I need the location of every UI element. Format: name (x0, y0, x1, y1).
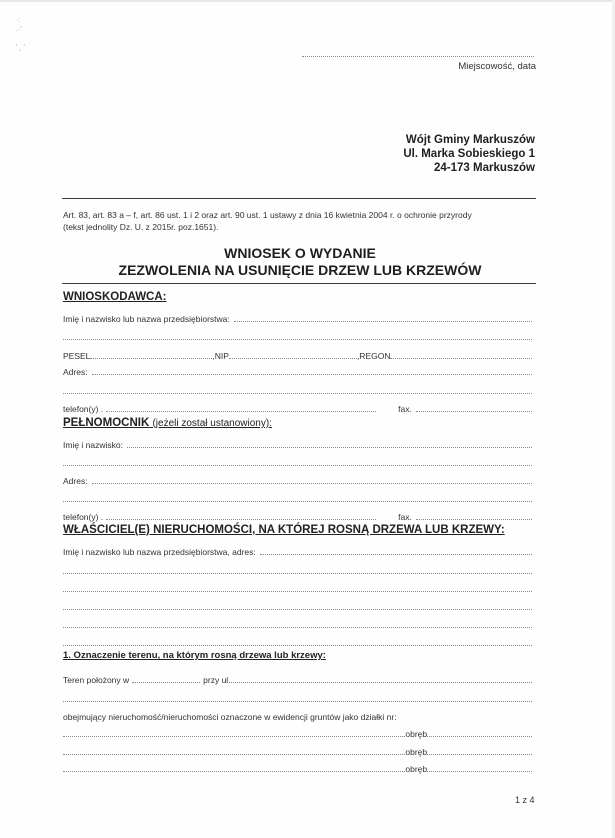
addressee-line-1: Wójt Gminy Markuszów (403, 133, 535, 147)
precinct-field[interactable] (427, 754, 532, 755)
owners-field-6[interactable] (63, 645, 532, 646)
applicant-phone-row: telefon(y) . fax. (63, 402, 532, 414)
applicant-name-row-2 (63, 330, 532, 342)
precinct-label: .obręb (403, 764, 427, 774)
proxy-heading: PEŁNOMOCNIK (jeżeli został ustanowiony): (63, 417, 272, 429)
owners-row-6 (63, 636, 532, 648)
applicant-address-field[interactable] (92, 374, 532, 375)
owners-row-3 (63, 582, 532, 594)
addressee-line-3: 24-173 Markuszów (403, 161, 535, 175)
proxy-address-field[interactable] (92, 483, 532, 484)
proxy-phone-field[interactable] (106, 519, 376, 520)
applicant-fax-label: fax. (398, 404, 412, 414)
owners-heading: WŁAŚCICIEL(E) NIERUCHOMOŚCI, NA KTÓREJ R… (63, 524, 505, 536)
applicant-name-label: Imię i nazwisko lub nazwa przedsiębiorst… (63, 314, 230, 324)
owners-field-3[interactable] (63, 591, 532, 592)
pesel-label: PESEL (63, 351, 90, 361)
regon-field[interactable] (390, 358, 532, 359)
applicant-address-field-2[interactable] (63, 393, 532, 394)
form-title-line-1: WNIOSEK O WYDANIE (62, 245, 538, 262)
regon-label: ,REGON (357, 351, 391, 361)
site-location-field[interactable] (132, 682, 200, 683)
legal-basis: Art. 83, art. 83 a – f, art. 86 ust. 1 i… (63, 209, 539, 233)
proxy-address-row-2 (63, 492, 532, 504)
date-field[interactable] (302, 56, 534, 57)
form-title-line-2: ZEZWOLENIA NA USUNIĘCIE DRZEW LUB KRZEWÓ… (62, 262, 538, 279)
proxy-phone-label: telefon(y) . (63, 512, 103, 522)
proxy-fax-field[interactable] (416, 519, 532, 520)
applicant-name-field-2[interactable] (63, 339, 532, 340)
proxy-name-label: Imię i nazwisko: (63, 440, 123, 450)
date-caption: Miejscowość, data (458, 61, 536, 72)
addressee-block: Wójt Gminy Markuszów Ul. Marka Sobieskie… (403, 133, 535, 175)
proxy-heading-note: (jeżeli został ustanowiony): (152, 418, 272, 429)
owners-row-4 (63, 600, 532, 612)
applicant-heading: WNIOSKODAWCA: (63, 291, 167, 303)
proxy-fax-label: fax. (398, 512, 412, 522)
parcel-number-field[interactable] (63, 736, 403, 737)
parcel-number-field[interactable] (63, 771, 403, 772)
precinct-field[interactable] (427, 736, 532, 737)
scan-top-edge (0, 0, 615, 2)
applicant-name-field[interactable] (234, 321, 532, 322)
legal-basis-line-1: Art. 83, art. 83 a – f, art. 86 ust. 1 i… (63, 209, 539, 221)
pesel-field[interactable] (90, 358, 212, 359)
form-title: WNIOSEK O WYDANIE ZEZWOLENIA NA USUNIĘCI… (62, 245, 538, 279)
proxy-name-row: Imię i nazwisko: (63, 438, 532, 450)
precinct-label: .obręb (403, 729, 427, 739)
parcel-row: .obręb (63, 727, 532, 739)
nip-field[interactable] (229, 358, 357, 359)
proxy-name-field[interactable] (127, 447, 532, 448)
applicant-fax-field[interactable] (416, 411, 532, 412)
site-location-row: Teren położony w przy ul. (63, 673, 532, 685)
owners-row-5 (63, 618, 532, 630)
site-location-field-2[interactable] (63, 701, 532, 702)
parcel-row: .obręb (63, 745, 532, 757)
applicant-phone-label: telefon(y) . (63, 404, 103, 414)
parcel-number-field[interactable] (63, 754, 403, 755)
proxy-heading-title: PEŁNOMOCNIK (63, 417, 149, 429)
site-street-label: przy ul. (203, 675, 230, 685)
owners-field-2[interactable] (63, 573, 532, 574)
proxy-name-row-2 (63, 456, 532, 468)
applicant-phone-field[interactable] (106, 411, 376, 412)
precinct-label: .obręb (403, 747, 427, 757)
site-location-label: Teren położony w (63, 675, 129, 685)
addressee-line-2: Ul. Marka Sobieskiego 1 (403, 147, 535, 161)
owners-row-2 (63, 564, 532, 576)
nip-label: ,NIP (212, 351, 229, 361)
owners-name-label: Imię i nazwisko lub nazwa przedsiębiorst… (63, 547, 256, 557)
scan-specks: ·:.·'' ¸ ' (16, 16, 46, 66)
form-page: ·:.·'' ¸ ' Miejscowość, data Wójt Gminy … (0, 0, 615, 838)
site-street-field[interactable] (231, 682, 532, 683)
proxy-address-field-2[interactable] (63, 501, 532, 502)
applicant-address-row: Adres: (63, 365, 532, 377)
site-parcels-row: obejmujący nieruchomość/nieruchomości oz… (63, 710, 532, 722)
parcel-row: .obręb (63, 762, 532, 774)
applicant-name-row: Imię i nazwisko lub nazwa przedsiębiorst… (63, 312, 532, 324)
applicant-address-row-2 (63, 384, 532, 396)
precinct-field[interactable] (427, 771, 532, 772)
legal-basis-line-2: (tekst jednolity Dz. U. z 2015r. poz.165… (63, 221, 539, 233)
site-parcels-label: obejmujący nieruchomość/nieruchomości oz… (63, 712, 397, 722)
owners-field-4[interactable] (63, 609, 532, 610)
owners-name-field[interactable] (260, 554, 532, 555)
page-number: 1 z 4 (515, 795, 535, 805)
proxy-phone-row: telefon(y) . fax. (63, 510, 532, 522)
applicant-address-label: Adres: (63, 367, 88, 377)
proxy-address-label: Adres: (63, 476, 88, 486)
proxy-name-field-2[interactable] (63, 465, 532, 466)
site-location-row-2 (63, 692, 532, 704)
divider-title (62, 283, 536, 284)
proxy-address-row: Adres: (63, 474, 532, 486)
divider-top (62, 198, 536, 199)
site-heading: 1. Oznaczenie terenu, na którym rosną dr… (63, 650, 326, 661)
owners-field-5[interactable] (63, 627, 532, 628)
owners-name-row: Imię i nazwisko lub nazwa przedsiębiorst… (63, 545, 532, 557)
applicant-ids-row: PESEL ,NIP ,REGON (63, 349, 532, 361)
